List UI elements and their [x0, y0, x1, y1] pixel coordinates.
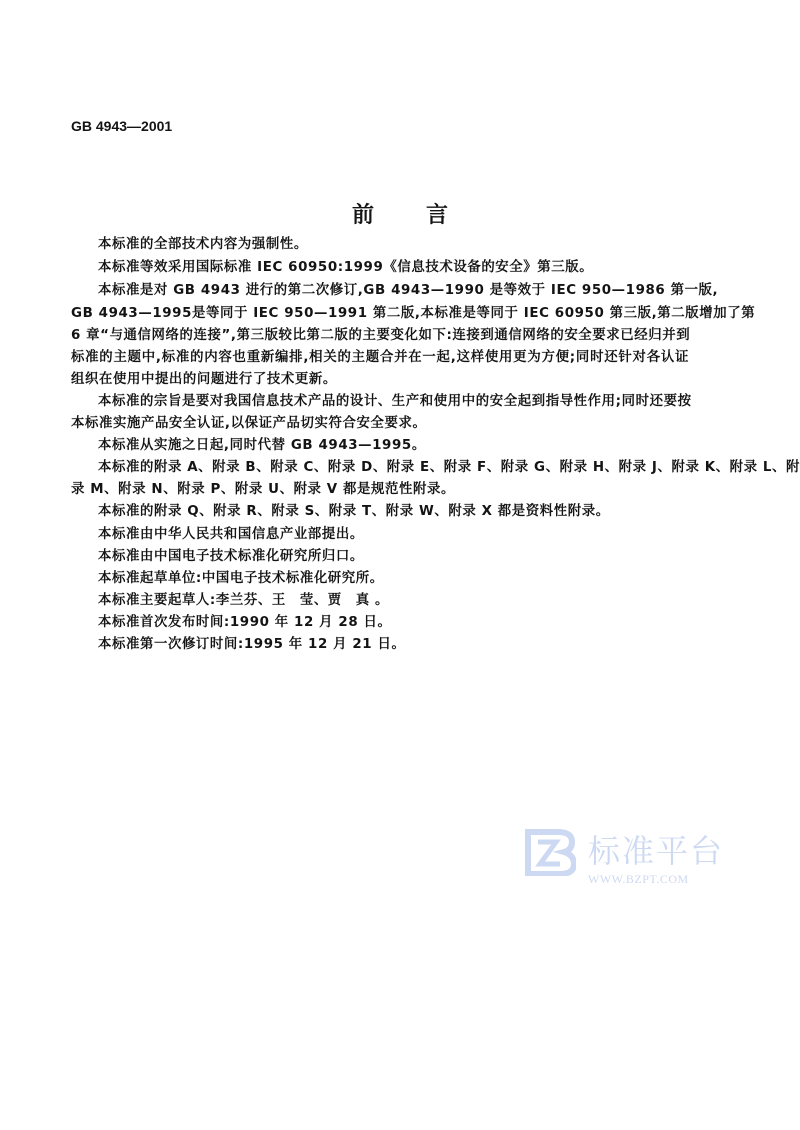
paragraph-line: 本标准由中国电子技术标准化研究所归口。 — [98, 547, 364, 567]
paragraph-line: 本标准从实施之日起,同时代替 GB 4943—1995。 — [98, 436, 426, 456]
title-char-1: 前 — [352, 198, 374, 229]
watermark-url: WWW.BZPT.COM — [588, 872, 689, 887]
paragraph-line: 本标准的附录 Q、附录 R、附录 S、附录 T、附录 W、附录 X 都是资料性附… — [98, 502, 610, 522]
document-page: GB 4943—2001 前言 本标准的全部技术内容为强制性。本标准等效采用国际… — [0, 0, 800, 1130]
title-char-2: 言 — [426, 198, 448, 229]
paragraph-line: 本标准实施产品安全认证,以保证产品切实符合安全要求。 — [71, 414, 426, 434]
paragraph-line: 本标准第一次修订时间:1995 年 12 月 21 日。 — [98, 635, 405, 655]
watermark-title: 标准平台 — [588, 826, 724, 872]
paragraph-line: 本标准由中华人民共和国信息产业部提出。 — [98, 525, 364, 545]
paragraph-line: 本标准的宗旨是要对我国信息技术产品的设计、生产和使用中的安全起到指导性作用;同时… — [98, 392, 689, 412]
paragraph-line: 本标准主要起草人:李兰芬、王 莹、贾 真 。 — [98, 591, 389, 611]
paragraph-line: 本标准首次发布时间:1990 年 12 月 28 日。 — [98, 613, 391, 633]
paragraph-line: 本标准起草单位:中国电子技术标准化研究所。 — [98, 569, 384, 589]
paragraph-line: 录 M、附录 N、附录 P、附录 U、附录 V 都是规范性附录。 — [71, 480, 455, 500]
paragraph-line: GB 4943—1995是等同于 IEC 950—1991 第二版,本标准是等同… — [71, 304, 689, 324]
paragraph-line: 6 章“与通信网络的连接”,第三版较比第二版的主要变化如下:连接到通信网络的安全… — [71, 326, 689, 346]
watermark: 标准平台 WWW.BZPT.COM — [524, 826, 734, 892]
bzpt-logo-icon — [524, 828, 576, 876]
paragraph-line: 本标准是对 GB 4943 进行的第二次修订,GB 4943—1990 是等效于… — [98, 281, 689, 301]
paragraph-line: 本标准等效采用国际标准 IEC 60950:1999《信息技术设备的安全》第三版… — [98, 258, 593, 278]
paragraph-line: 本标准的全部技术内容为强制性。 — [98, 235, 308, 255]
standard-number: GB 4943—2001 — [71, 118, 172, 134]
paragraph-line: 标准的主题中,标准的内容也重新编排,相关的主题合并在一起,这样使用更为方便;同时… — [71, 348, 689, 368]
page-title: 前言 — [0, 198, 800, 229]
paragraph-line: 组织在使用中提出的问题进行了技术更新。 — [71, 370, 337, 390]
paragraph-line: 本标准的附录 A、附录 B、附录 C、附录 D、附录 E、附录 F、附录 G、附… — [98, 458, 689, 478]
